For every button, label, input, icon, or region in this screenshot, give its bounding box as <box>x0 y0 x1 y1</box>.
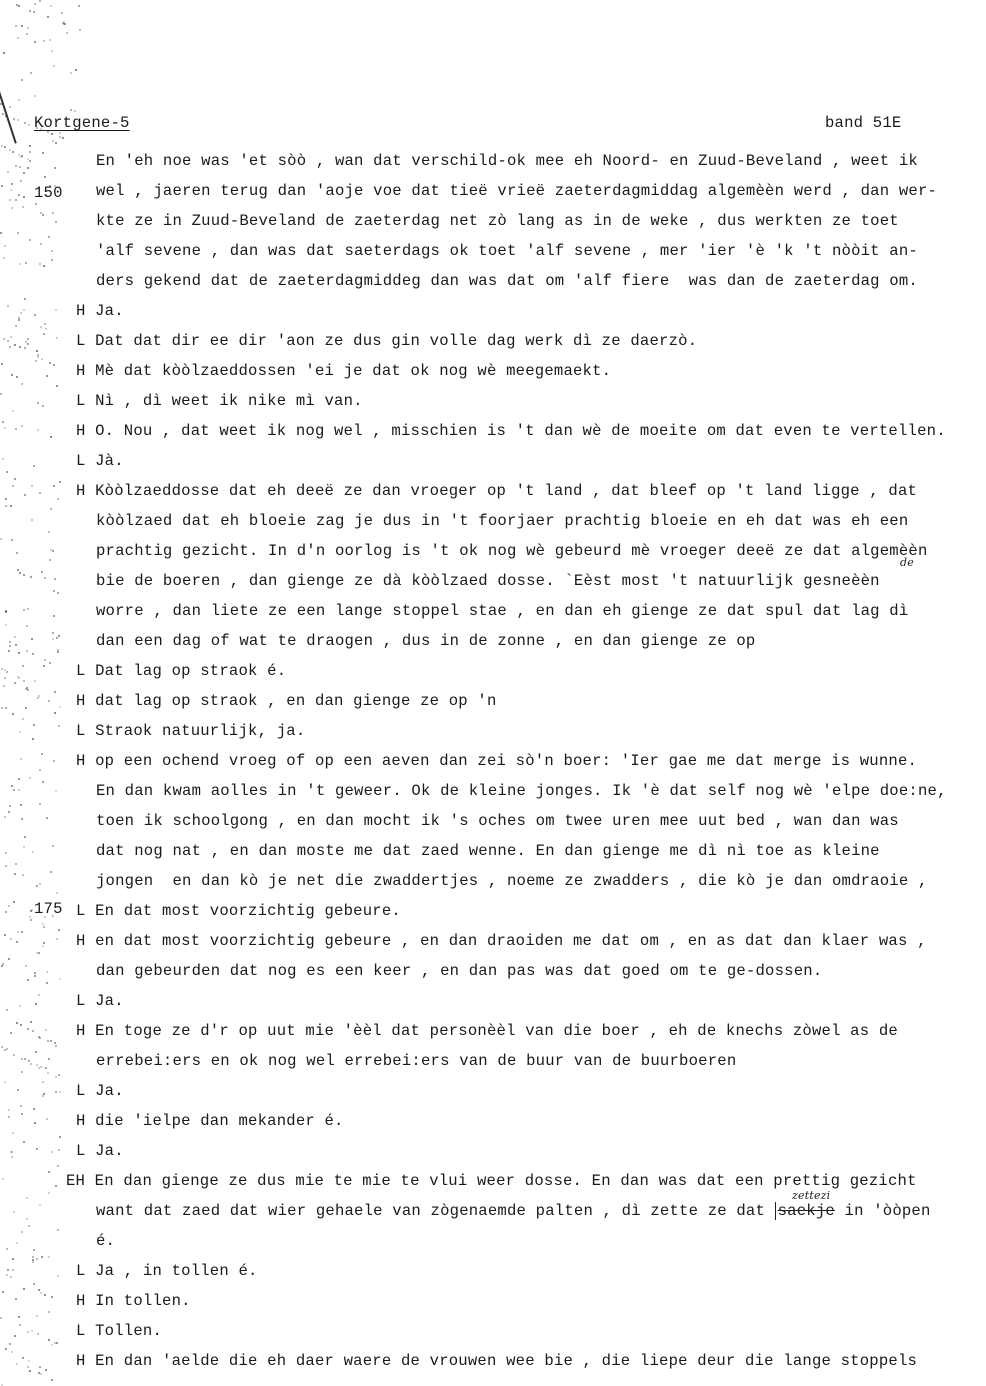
scan-speck <box>18 5 20 7</box>
scan-speck <box>57 1229 59 1231</box>
scan-speck <box>50 871 52 873</box>
scan-speck <box>54 1042 56 1044</box>
scan-speck <box>51 50 53 52</box>
scan-speck <box>33 1283 35 1285</box>
scan-speck <box>15 199 17 201</box>
scan-speck <box>22 665 24 667</box>
scan-speck <box>11 539 13 541</box>
scan-speck <box>23 846 25 848</box>
transcript-line: L Dat dat dir ee dir 'aon ze dus gin vol… <box>76 331 697 351</box>
scan-speck <box>59 481 61 483</box>
scan-speck <box>42 152 44 154</box>
scan-speck <box>59 1091 61 1093</box>
scan-speck <box>39 883 41 885</box>
scan-speck <box>43 40 45 42</box>
scan-speck <box>39 492 41 494</box>
scan-speck <box>23 609 25 611</box>
transcript-line: L Nì , dì weet ik nike mì van. <box>76 391 363 411</box>
scan-speck <box>34 972 36 974</box>
scan-speck <box>48 1311 50 1313</box>
scan-speck <box>17 232 19 234</box>
scan-speck <box>12 151 14 153</box>
scan-speck <box>24 836 26 838</box>
scan-speck <box>52 632 54 634</box>
scan-speck <box>41 1256 43 1258</box>
scan-speck <box>9 641 11 643</box>
transcript-line: bie de boeren , dan gienge ze dà kòòlzae… <box>96 571 880 591</box>
scan-speck <box>17 1089 19 1091</box>
scan-speck <box>8 958 10 960</box>
scan-speck <box>44 323 46 325</box>
scan-speck <box>58 1074 60 1076</box>
scan-speck <box>21 818 23 820</box>
transcript-line: L Tollen. <box>76 1321 162 1341</box>
scan-speck <box>30 910 32 912</box>
scan-speck <box>4 816 6 818</box>
scan-speck <box>66 32 68 34</box>
scan-speck <box>21 383 23 385</box>
scan-speck <box>47 1040 49 1042</box>
scan-speck <box>25 341 27 343</box>
transcript-line: H Mè dat kòòlzaeddossen 'ei je dat ok no… <box>76 361 611 381</box>
typewritten-transcript-page: Kortgene-5 band 51E 150 175 En 'eh noe w… <box>0 0 986 1386</box>
scan-speck <box>11 207 13 209</box>
scan-speck <box>26 1197 28 1199</box>
scan-speck <box>51 133 53 135</box>
scan-speck <box>36 1148 38 1150</box>
transcript-line: dan gebeurden dat nog es een keer , en d… <box>96 961 822 981</box>
scan-speck <box>51 1151 53 1153</box>
scan-speck <box>59 978 61 980</box>
scan-speck <box>57 592 59 594</box>
scan-speck <box>15 1298 17 1300</box>
scan-speck <box>45 1369 47 1371</box>
scan-speck <box>30 72 32 74</box>
scan-speck <box>18 194 20 196</box>
scan-speck <box>42 781 44 783</box>
transcript-line: worre , dan liete ze een lange stoppel s… <box>96 601 908 621</box>
transcript-line: prachtig gezicht. In d'n oorlog is 't ok… <box>96 541 928 561</box>
scan-speck <box>20 804 22 806</box>
scan-speck <box>26 1218 28 1220</box>
scan-speck <box>28 1360 30 1362</box>
scan-speck <box>16 1242 18 1244</box>
scan-speck <box>17 931 19 933</box>
scan-speck <box>35 1003 37 1005</box>
scan-speck <box>11 1351 13 1353</box>
scan-speck <box>5 865 7 867</box>
scan-speck <box>6 1248 8 1250</box>
scan-speck <box>55 309 57 311</box>
scan-speck <box>11 785 13 787</box>
scan-speck <box>56 337 58 339</box>
scan-speck <box>21 931 23 933</box>
scan-speck <box>5 610 7 612</box>
scan-speck <box>22 874 24 876</box>
scan-speck <box>42 214 44 216</box>
scan-speck <box>23 196 25 198</box>
scan-speck <box>14 478 16 480</box>
scan-speck <box>56 892 58 894</box>
scan-speck <box>21 1231 23 1233</box>
transcript-line: L En dat most voorzichtig gebeure. <box>76 901 401 921</box>
scan-speck <box>29 160 31 162</box>
scan-speck <box>25 707 27 709</box>
scan-speck <box>29 916 31 918</box>
transcript-line: H die 'ielpe dan mekander é. <box>76 1111 344 1131</box>
scan-speck <box>37 402 39 404</box>
scan-speck <box>9 1343 11 1345</box>
scan-speck <box>33 724 35 726</box>
scan-speck <box>51 1344 53 1346</box>
scan-speck <box>20 1024 22 1026</box>
transcript-line: dan een dag of wat te draogen , dus in d… <box>96 631 756 651</box>
scan-speck <box>22 1357 24 1359</box>
scan-speck <box>11 183 13 185</box>
scan-speck <box>50 436 52 438</box>
scan-speck <box>44 1294 46 1296</box>
scan-speck <box>13 1211 15 1213</box>
scan-speck <box>12 410 14 412</box>
document-title: Kortgene-5 <box>34 114 130 132</box>
scan-speck <box>1 707 3 709</box>
scan-speck <box>44 659 46 661</box>
scan-speck <box>13 118 15 120</box>
scan-speck <box>29 239 31 241</box>
scan-speck <box>9 805 11 807</box>
scan-speck <box>32 1030 34 1032</box>
scan-speck <box>4 245 6 247</box>
scan-speck <box>36 885 38 887</box>
scan-speck <box>15 25 17 27</box>
transcript-line: H dat lag op straok , en dan gienge ze o… <box>76 691 497 711</box>
scan-speck <box>59 132 61 134</box>
transcript-line: 'alf sevene , dan was dat saeterdags ok … <box>96 241 918 261</box>
scan-speck <box>6 1048 8 1050</box>
scan-speck <box>56 1342 58 1344</box>
scan-speck <box>49 39 51 41</box>
scan-speck <box>11 1151 13 1153</box>
scan-speck <box>32 851 34 853</box>
scan-speck <box>5 1348 7 1350</box>
transcript-line: toen ik schoolgong , en dan mocht ik 's … <box>96 811 899 831</box>
scan-speck <box>18 677 20 679</box>
scan-speck <box>12 713 14 715</box>
scan-speck <box>29 151 31 153</box>
scan-speck <box>51 250 53 252</box>
scan-speck <box>70 109 72 111</box>
scan-speck <box>1 668 3 670</box>
scan-speck <box>48 1339 50 1341</box>
scan-speck <box>58 635 60 637</box>
scan-speck <box>27 1028 29 1030</box>
transcript-line: ders gekend dat de zaeterdagmiddeg dan w… <box>96 271 918 291</box>
scan-speck <box>79 29 81 31</box>
scan-speck <box>12 1258 14 1260</box>
scan-speck <box>10 1276 12 1278</box>
scan-speck <box>16 941 18 943</box>
scan-speck <box>46 971 48 973</box>
scan-speck <box>57 649 59 651</box>
scan-speck <box>23 172 25 174</box>
scan-speck <box>58 929 60 931</box>
scan-speck <box>24 1058 26 1060</box>
scan-speck <box>2 1178 4 1180</box>
scan-speck <box>53 65 55 67</box>
scan-speck <box>37 1333 39 1335</box>
scan-speck <box>14 682 16 684</box>
scan-speck <box>36 1258 38 1260</box>
scan-speck <box>48 1058 50 1060</box>
scan-speck <box>30 576 32 578</box>
scan-speck <box>39 803 41 805</box>
scan-speck <box>40 1373 42 1375</box>
scan-speck <box>52 212 54 214</box>
scan-speck <box>21 155 23 157</box>
scan-speck <box>15 165 17 167</box>
scan-speck <box>21 1058 23 1060</box>
transcript-line: é. <box>96 1231 115 1251</box>
scan-speck <box>21 425 23 427</box>
scan-speck <box>52 845 54 847</box>
scan-speck <box>46 817 48 819</box>
scan-speck <box>39 1204 41 1206</box>
handwritten-correction: zettezi <box>792 1189 830 1202</box>
transcript-line: want dat zaed dat wier gehaele van zògen… <box>96 1201 931 1221</box>
scan-speck <box>52 638 54 640</box>
scan-speck <box>42 405 44 407</box>
scan-speck <box>59 1136 61 1138</box>
scan-speck <box>55 1091 57 1093</box>
scan-speck <box>35 203 37 205</box>
scan-speck <box>43 942 45 944</box>
scan-speck <box>30 1063 32 1065</box>
scan-speck <box>19 1005 21 1007</box>
scan-speck <box>34 975 36 977</box>
scan-speck <box>5 707 7 709</box>
scan-speck <box>4 1081 6 1083</box>
scan-speck <box>48 1192 50 1194</box>
transcript-line: L Straok natuurlijk, ja. <box>76 721 305 741</box>
scan-speck <box>57 1275 59 1277</box>
scan-speck <box>15 863 17 865</box>
scan-speck <box>53 615 55 617</box>
scan-speck <box>10 336 12 338</box>
scan-speck <box>13 789 15 791</box>
scan-speck <box>36 1064 38 1066</box>
scan-speck <box>18 778 20 780</box>
scan-speck <box>3 685 5 687</box>
scan-speck <box>53 760 55 762</box>
scan-speck <box>36 350 38 352</box>
transcript-line: H en dat most voorzichtig gebeure , en d… <box>76 931 927 951</box>
scan-speck <box>74 110 76 112</box>
scan-speck <box>18 317 20 319</box>
scan-speck <box>6 671 8 673</box>
line-number-175: 175 <box>34 900 63 918</box>
scan-speck <box>5 624 7 626</box>
scan-speck <box>2 113 4 115</box>
scan-speck <box>40 212 42 214</box>
scan-speck <box>54 578 56 580</box>
scan-speck <box>51 1296 53 1298</box>
scan-speck <box>42 945 44 947</box>
scan-speck <box>9 645 11 647</box>
scan-speck <box>27 27 29 29</box>
scan-speck <box>34 3 36 5</box>
transcript-line: H En dan 'aelde die eh daer waere de vro… <box>76 1351 917 1371</box>
scan-speck <box>11 374 13 376</box>
scan-speck <box>48 700 50 702</box>
scan-speck <box>19 346 21 348</box>
scan-speck <box>22 718 24 720</box>
scan-speck <box>8 905 10 907</box>
scan-speck <box>37 697 39 699</box>
scan-speck <box>32 653 34 655</box>
scan-speck <box>55 142 57 144</box>
scan-speck <box>12 485 14 487</box>
scan-speck <box>17 569 19 571</box>
scan-speck <box>5 498 7 500</box>
tape-band-label: band 51E <box>825 114 901 132</box>
scan-speck <box>70 72 72 74</box>
scan-speck <box>35 360 37 362</box>
scan-speck <box>48 236 50 238</box>
scan-speck <box>59 136 61 138</box>
scan-speck <box>30 1021 32 1023</box>
scan-speck <box>32 738 34 740</box>
scan-speck <box>28 124 30 126</box>
scan-speck <box>57 1165 59 1167</box>
scan-speck <box>61 12 63 14</box>
scan-speck <box>34 314 36 316</box>
scan-speck <box>21 1113 23 1115</box>
scan-speck <box>10 1032 12 1034</box>
transcript-line: EH En dan gienge ze dus mie te mie te vl… <box>66 1171 917 1191</box>
scan-speck <box>58 1149 60 1151</box>
scan-speck <box>12 1269 14 1271</box>
transcript-line: L Ja. <box>76 1141 124 1161</box>
scan-speck <box>15 428 17 430</box>
transcript-line: L Ja , in tollen é. <box>76 1261 258 1281</box>
scan-speck <box>31 519 33 521</box>
scan-speck <box>37 429 39 431</box>
scan-speck <box>41 358 43 360</box>
scan-speck <box>10 938 12 940</box>
scan-speck <box>57 498 59 500</box>
scan-speck <box>43 333 45 335</box>
scan-speck <box>25 262 27 264</box>
scan-speck <box>9 106 11 108</box>
scan-speck <box>35 1051 37 1053</box>
transcript-line: H In tollen. <box>76 1291 191 1311</box>
scan-speck <box>32 1259 34 1261</box>
transcript-line: errebei:ers en ok nog wel errebei:ers va… <box>96 1051 736 1071</box>
scan-speck <box>51 1379 53 1381</box>
scan-speck <box>52 140 54 142</box>
scan-speck <box>8 811 10 813</box>
scan-speck <box>52 550 54 552</box>
scan-speck <box>13 901 15 903</box>
scan-speck <box>18 652 20 654</box>
scan-speck <box>64 23 66 25</box>
scan-speck <box>29 145 31 147</box>
scan-speck <box>50 508 52 510</box>
scan-speck <box>8 1109 10 1111</box>
scan-speck <box>43 926 45 928</box>
scan-speck <box>49 559 51 561</box>
scan-speck <box>22 206 24 208</box>
transcript-line: L Jà. <box>76 451 124 471</box>
scan-speck <box>55 1045 57 1047</box>
transcript-line: jongen en dan kò je net die zwaddertjes … <box>96 871 928 891</box>
scan-speck <box>54 167 56 169</box>
scan-speck <box>34 95 36 97</box>
scan-speck <box>27 1331 29 1333</box>
scan-speck <box>31 1330 33 1332</box>
transcript-line: En 'eh noe was 'et sòò , wan dat verschi… <box>96 151 918 171</box>
transcript-line: H En toge ze d'r op uut mie 'èèl dat per… <box>76 1021 898 1041</box>
scan-speck <box>16 1363 18 1365</box>
scan-speck <box>43 265 45 267</box>
transcript-line: En dan kwam aolles in 't geweer. Ok de k… <box>96 781 947 801</box>
scan-speck <box>29 10 31 12</box>
scan-speck <box>7 1269 9 1271</box>
scan-speck <box>40 1292 42 1294</box>
scan-speck <box>20 758 22 760</box>
scan-speck <box>1 1046 3 1048</box>
scan-speck <box>4 146 6 148</box>
scan-speck <box>27 1366 29 1368</box>
scan-speck <box>5 852 7 854</box>
scan-speck <box>78 5 80 7</box>
scan-speck <box>45 1029 47 1031</box>
transcript-line: L Ja. <box>76 1081 124 1101</box>
transcript-line: H Kòòlzaeddosse dat eh deeë ze dan vroeg… <box>76 481 917 501</box>
scan-speck <box>40 326 42 328</box>
scan-speck <box>2 1291 4 1293</box>
scan-speck <box>56 385 58 387</box>
scan-speck <box>54 1342 56 1344</box>
scan-speck <box>7 305 9 307</box>
scan-speck <box>41 571 43 573</box>
scan-speck <box>55 1185 57 1187</box>
scan-speck <box>32 1256 34 1258</box>
scan-speck <box>56 938 58 940</box>
scan-speck <box>46 1118 48 1120</box>
scan-speck <box>27 608 29 610</box>
scan-speck <box>47 1072 49 1074</box>
scan-speck <box>0 538 2 540</box>
scan-speck <box>18 319 20 321</box>
scan-speck <box>3 52 5 54</box>
scan-speck <box>46 375 48 377</box>
scan-speck <box>6 471 8 473</box>
scan-speck <box>4 427 6 429</box>
scan-speck <box>43 665 45 667</box>
scan-speck <box>26 650 28 652</box>
scan-speck <box>16 552 18 554</box>
scan-speck <box>9 199 11 201</box>
scan-speck <box>27 979 29 981</box>
scan-speck <box>30 919 32 921</box>
scan-speck <box>23 574 25 576</box>
scan-speck <box>29 1370 31 1372</box>
scan-speck <box>47 16 49 18</box>
scan-speck <box>59 706 61 708</box>
scan-speck <box>34 41 36 43</box>
scan-speck <box>18 1316 20 1318</box>
